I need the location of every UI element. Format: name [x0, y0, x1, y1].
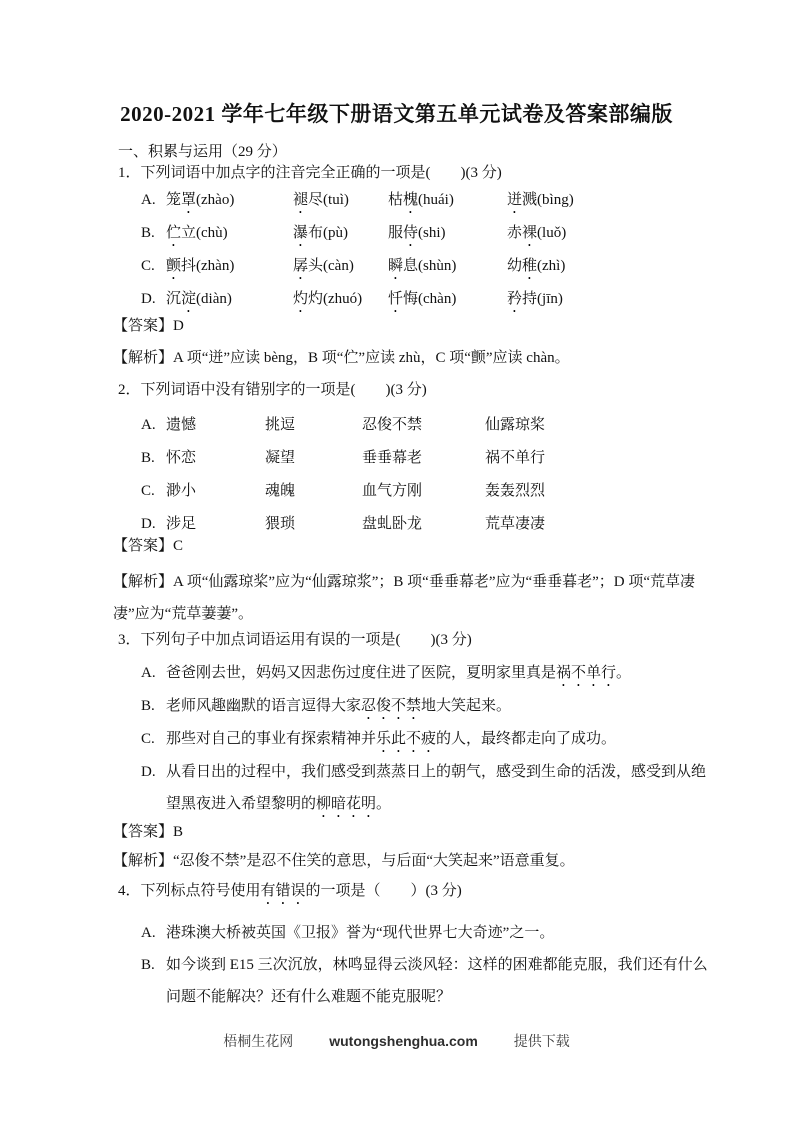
option-label: B. — [141, 949, 166, 981]
explanation-text: “忍俊不禁”是忍不住笑的意思，与后面“大笑起来”语意重复。 — [173, 853, 575, 869]
option-row-b: B. 怀恋 凝望 垂垂幕老 祸不单行 — [141, 442, 713, 475]
answer-label: 【答案】 — [113, 538, 173, 554]
explanation-label: 【解析】 — [113, 350, 173, 366]
option-label: D. — [141, 283, 166, 316]
word-cell: 凝望 — [265, 442, 362, 475]
word-cell: 祸不单行 — [485, 442, 713, 475]
word-cell: 挑逗 — [265, 409, 362, 442]
question-1-stem: 1．下列词语中加点字的注音完全正确的一项是( )(3 分) — [118, 163, 713, 184]
page-title: 2020-2021 学年七年级下册语文第五单元试卷及答案部编版 — [0, 99, 793, 129]
option-row-c: C. 渺小 魂魄 血气方刚 轰轰烈烈 — [141, 475, 713, 508]
option-paragraph-c: C.那些对自己的事业有探索精神并乐此不疲的人，最终都走向了成功。 — [141, 723, 713, 756]
option-row-d: D. 涉足 猥琐 盘虬卧龙 荒草凄凄 — [141, 508, 713, 541]
footer-download-note: 提供下载 — [514, 1033, 570, 1053]
answer-line-1: 【答案】D — [113, 316, 713, 337]
option-text: 从看日出的过程中，我们感受到蒸蒸日上的朝气，感受到生命的活泼，感受到从绝望黑夜进… — [166, 764, 706, 812]
option-label: C. — [141, 475, 166, 508]
word-pinyin-cell: 矜持(jīn) — [507, 283, 713, 316]
option-label: A. — [141, 184, 166, 217]
word-pinyin-cell: 服侍(shi) — [388, 217, 507, 250]
word-pinyin-cell: 瞬息(shùn) — [388, 250, 507, 283]
option-label: A. — [141, 917, 166, 949]
section-heading: 一、积累与运用（29 分） — [118, 142, 713, 163]
question-4-options: A.港珠澳大桥被英国《卫报》誉为“现代世界七大奇迹”之一。 B.如今谈到 E15… — [113, 917, 713, 1013]
option-label: B. — [141, 217, 166, 250]
option-label: A. — [141, 409, 166, 442]
word-cell: 渺小 — [166, 475, 265, 508]
word-pinyin-cell: 伫立(chù) — [166, 217, 293, 250]
word-pinyin-cell: 笼罩(zhào) — [166, 184, 293, 217]
option-label: A. — [141, 657, 166, 689]
option-paragraph-a: A.港珠澳大桥被英国《卫报》誉为“现代世界七大奇迹”之一。 — [141, 917, 713, 949]
option-paragraph-a: A.爸爸刚去世，妈妈又因悲伤过度住进了医院，夏明家里真是祸不单行。 — [141, 657, 713, 690]
option-row-a: A. 遗憾 挑逗 忍俊不禁 仙露琼桨 — [141, 409, 713, 442]
question-3-options: A.爸爸刚去世，妈妈又因悲伤过度住进了医院，夏明家里真是祸不单行。 B.老师风趣… — [113, 657, 713, 821]
footer: 梧桐生花网 wutongshenghua.com 提供下载 — [0, 1031, 793, 1053]
explanation-text: A 项“迸”应读 bèng，B 项“伫”应读 zhù，C 项“颤”应读 chàn… — [173, 350, 570, 366]
word-cell: 魂魄 — [265, 475, 362, 508]
explanation-line-3: 【解析】“忍俊不禁”是忍不住笑的意思，与后面“大笑起来”语意重复。 — [113, 851, 713, 872]
question-4-stem: 4．下列标点符号使用有错误的一项是（ ）(3 分) — [118, 881, 713, 908]
option-row-a: A. 笼罩(zhào) 褪尽(tuì) 枯槐(huái) 迸溅(bìng) — [141, 184, 713, 217]
option-label: C. — [141, 250, 166, 283]
option-paragraph-b: B.老师风趣幽默的语言逗得大家忍俊不禁地大笑起来。 — [141, 690, 713, 723]
footer-site-name: 梧桐生花网 — [223, 1033, 293, 1053]
word-cell: 怀恋 — [166, 442, 265, 475]
word-cell: 荒草凄凄 — [485, 508, 713, 541]
question-2-options: A. 遗憾 挑逗 忍俊不禁 仙露琼桨 B. 怀恋 凝望 垂垂幕老 祸不单行 C.… — [141, 409, 713, 541]
option-paragraph-b: B.如今谈到 E15 三次沉放，林鸣显得云淡风轻：这样的困难都能克服，我们还有什… — [141, 949, 713, 1013]
answer-value: B — [173, 824, 183, 840]
word-cell: 盘虬卧龙 — [362, 508, 485, 541]
word-cell: 仙露琼桨 — [485, 409, 713, 442]
word-pinyin-cell: 沉淀(diàn) — [166, 283, 293, 316]
question-stem-text: 4．下列标点符号使用有错误的一项是（ ）(3 分) — [118, 883, 462, 899]
word-pinyin-cell: 瀑布(pù) — [293, 217, 388, 250]
word-pinyin-cell: 褪尽(tuì) — [293, 184, 388, 217]
word-cell: 猥琐 — [265, 508, 362, 541]
footer-domain: wutongshenghua.com — [329, 1031, 478, 1051]
option-label: B. — [141, 442, 166, 475]
explanation-label: 【解析】 — [113, 853, 173, 869]
option-row-d: D. 沉淀(diàn) 灼灼(zhuó) 忏悔(chàn) 矜持(jīn) — [141, 283, 713, 316]
answer-value: D — [173, 318, 184, 334]
word-pinyin-cell: 忏悔(chàn) — [388, 283, 507, 316]
option-row-c: C. 颤抖(zhàn) 孱头(càn) 瞬息(shùn) 幼稚(zhì) — [141, 250, 713, 283]
explanation-line-1: 【解析】A 项“迸”应读 bèng，B 项“伫”应读 zhù，C 项“颤”应读 … — [113, 348, 713, 369]
question-2-stem: 2．下列词语中没有错别字的一项是( )(3 分) — [118, 380, 713, 401]
word-pinyin-cell: 枯槐(huái) — [388, 184, 507, 217]
answer-value: C — [173, 538, 183, 554]
explanation-line-2: 【解析】A 项“仙露琼桨”应为“仙露琼浆”；B 项“垂垂幕老”应为“垂垂暮老”；… — [113, 566, 713, 630]
word-pinyin-cell: 赤裸(luǒ) — [507, 217, 713, 250]
answer-label: 【答案】 — [113, 824, 173, 840]
word-pinyin-cell: 幼稚(zhì) — [507, 250, 713, 283]
answer-line-3: 【答案】B — [113, 822, 713, 843]
option-label: D. — [141, 756, 166, 788]
exam-document-page: 2020-2021 学年七年级下册语文第五单元试卷及答案部编版 一、积累与运用（… — [0, 0, 793, 1122]
option-text: 老师风趣幽默的语言逗得大家忍俊不禁地大笑起来。 — [166, 698, 511, 714]
answer-label: 【答案】 — [113, 318, 173, 334]
option-row-b: B. 伫立(chù) 瀑布(pù) 服侍(shi) 赤裸(luǒ) — [141, 217, 713, 250]
word-pinyin-cell: 孱头(càn) — [293, 250, 388, 283]
question-1-options: A. 笼罩(zhào) 褪尽(tuì) 枯槐(huái) 迸溅(bìng) B.… — [141, 184, 713, 316]
option-text: 爸爸刚去世，妈妈又因悲伤过度住进了医院，夏明家里真是祸不单行。 — [166, 665, 631, 681]
word-cell: 血气方刚 — [362, 475, 485, 508]
explanation-label: 【解析】 — [113, 574, 173, 590]
word-pinyin-cell: 迸溅(bìng) — [507, 184, 713, 217]
word-pinyin-cell: 颤抖(zhàn) — [166, 250, 293, 283]
option-paragraph-d: D.从看日出的过程中，我们感受到蒸蒸日上的朝气，感受到生命的活泼，感受到从绝望黑… — [141, 756, 713, 821]
word-cell: 遗憾 — [166, 409, 265, 442]
word-pinyin-cell: 灼灼(zhuó) — [293, 283, 388, 316]
word-cell: 垂垂幕老 — [362, 442, 485, 475]
option-label: B. — [141, 690, 166, 722]
option-text: 如今谈到 E15 三次沉放，林鸣显得云淡风轻：这样的困难都能克服，我们还有什么问… — [166, 957, 708, 1005]
option-text: 港珠澳大桥被英国《卫报》誉为“现代世界七大奇迹”之一。 — [166, 925, 554, 941]
option-label: C. — [141, 723, 166, 755]
question-3-stem: 3．下列句子中加点词语运用有误的一项是( )(3 分) — [118, 630, 713, 651]
explanation-text: A 项“仙露琼桨”应为“仙露琼浆”；B 项“垂垂幕老”应为“垂垂暮老”；D 项“… — [113, 574, 695, 622]
word-cell: 轰轰烈烈 — [485, 475, 713, 508]
word-cell: 忍俊不禁 — [362, 409, 485, 442]
option-text: 那些对自己的事业有探索精神并乐此不疲的人，最终都走向了成功。 — [166, 731, 616, 747]
